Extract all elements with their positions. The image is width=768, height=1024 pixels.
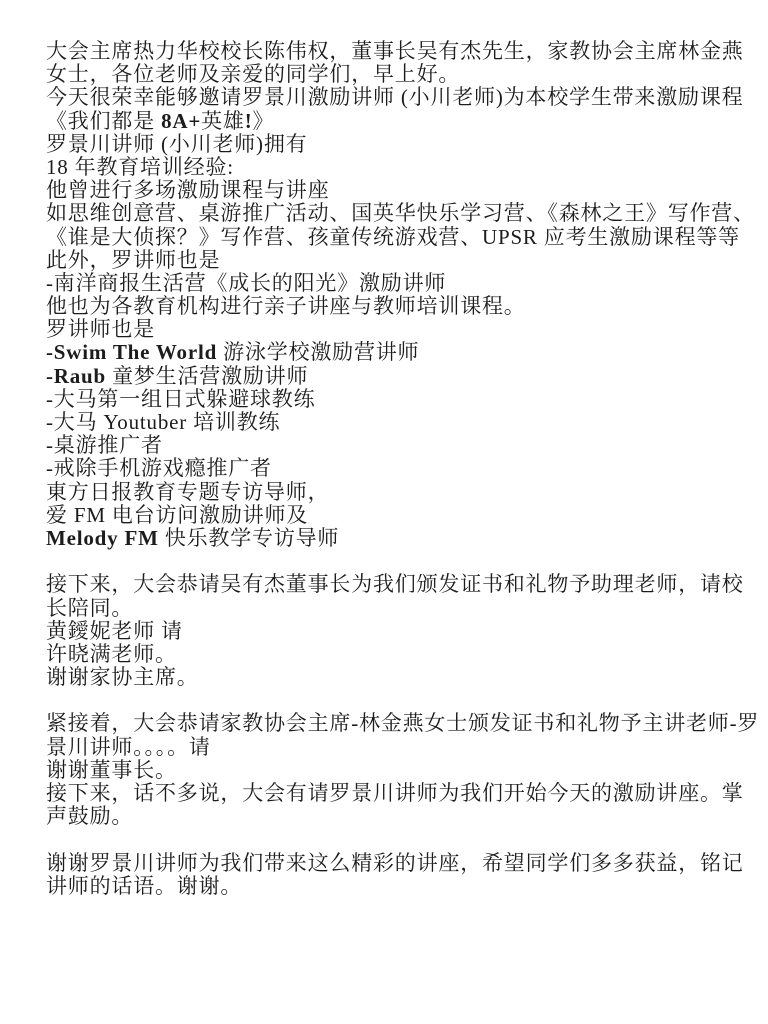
- text-line: -桌游推广者: [46, 434, 732, 457]
- text-line: 他曾进行多场激励课程与讲座: [46, 179, 732, 202]
- text-run: 東方日报教育专题专访导师，: [46, 480, 329, 504]
- text-line: 讲师的话语。谢谢。: [46, 875, 732, 898]
- text-run: 》: [253, 109, 275, 133]
- text-line: -大马第一组日式躲避球教练: [46, 388, 732, 411]
- text-run: -大马 Youtuber 培训教练: [46, 410, 280, 434]
- document-text-block: 大会主席热力华校校长陈伟权，董事长吴有杰先生，家教协会主席林金燕女士，各位老师及…: [46, 40, 732, 898]
- text-run: 黄鑀妮老师 请: [46, 619, 183, 643]
- blank-line: [46, 689, 732, 712]
- text-line: -Raub 童梦生活营激励讲师: [46, 365, 732, 388]
- text-run: -南洋商报生活营《成长的阳光》激励讲师: [46, 271, 446, 295]
- text-run: 谢谢董事长。: [46, 758, 177, 782]
- text-line: 他也为各教育机构进行亲子讲座与教师培训课程。: [46, 295, 732, 318]
- text-line: 此外，罗讲师也是: [46, 249, 732, 272]
- text-run: 《我们都是: [46, 109, 161, 133]
- text-run: -Raub: [46, 364, 106, 388]
- text-line: 18 年教育培训经验:: [46, 156, 732, 179]
- text-line: 今天很荣幸能够邀请罗景川激励讲师 (小川老师)为本校学生带来激励课程: [46, 86, 732, 109]
- text-line: 谢谢罗景川讲师为我们带来这么精彩的讲座，希望同学们多多获益，铭记: [46, 852, 732, 875]
- text-line: 爱 FM 电台访问激励讲师及: [46, 504, 732, 527]
- text-run: 爱 FM 电台访问激励讲师及: [46, 503, 308, 527]
- text-line: 接下来，大会恭请吴有杰董事长为我们颁发证书和礼物予助理老师，请校: [46, 573, 732, 596]
- text-run: 《谁是大侦探？》写作营、孩童传统游戏营、UPSR 应考生激励课程等等: [46, 225, 740, 249]
- text-line: 《谁是大侦探？》写作营、孩童传统游戏营、UPSR 应考生激励课程等等: [46, 226, 732, 249]
- text-line: Melody FM 快乐教学专访导师: [46, 527, 732, 550]
- text-run: 接下来，大会恭请吴有杰董事长为我们颁发证书和礼物予助理老师，请校: [46, 572, 744, 596]
- text-line: 大会主席热力华校校长陈伟权，董事长吴有杰先生，家教协会主席林金燕: [46, 40, 732, 63]
- text-line: -南洋商报生活营《成长的阳光》激励讲师: [46, 272, 732, 295]
- text-run: 谢谢家协主席。: [46, 665, 199, 689]
- text-line: 東方日报教育专题专访导师，: [46, 481, 732, 504]
- text-run: 他曾进行多场激励课程与讲座: [46, 178, 329, 202]
- text-run: 谢谢罗景川讲师为我们带来这么精彩的讲座，希望同学们多多获益，铭记: [46, 851, 744, 875]
- text-line: 女士，各位老师及亲爱的同学们，早上好。: [46, 63, 732, 86]
- text-run: 今天很荣幸能够邀请罗景川激励讲师 (小川老师)为本校学生带来激励课程: [46, 85, 743, 109]
- text-run: 童梦生活营激励讲师: [106, 364, 308, 388]
- blank-line: [46, 550, 732, 573]
- text-run: 许晓满老师。: [46, 642, 177, 666]
- text-line: 接下来，话不多说，大会有请罗景川讲师为我们开始今天的激励讲座。掌: [46, 782, 732, 805]
- text-run: 此外，罗讲师也是: [46, 248, 220, 272]
- text-run: -大马第一组日式躲避球教练: [46, 387, 315, 411]
- text-run: 景川讲师。。。。请: [46, 735, 211, 759]
- text-line: 景川讲师。。。。请: [46, 736, 732, 759]
- text-run: 紧接着，大会恭请家教协会主席-林金燕女士颁发证书和礼物予主讲老师-罗: [46, 711, 759, 735]
- text-line: -戒除手机游戏瘾推广者: [46, 457, 732, 480]
- text-run: 讲师的话语。谢谢。: [46, 874, 242, 898]
- text-run: 他也为各教育机构进行亲子讲座与教师培训课程。: [46, 294, 526, 318]
- blank-line: [46, 828, 732, 851]
- text-line: 声鼓励。: [46, 805, 732, 828]
- text-run: 快乐教学专访导师: [159, 526, 339, 550]
- text-line: 罗讲师也是: [46, 318, 732, 341]
- text-line: -大马 Youtuber 培训教练: [46, 411, 732, 434]
- text-run: -戒除手机游戏瘾推广者: [46, 456, 272, 480]
- document-page: 大会主席热力华校校长陈伟权，董事长吴有杰先生，家教协会主席林金燕女士，各位老师及…: [0, 0, 768, 1024]
- text-run: 长陪同。: [46, 596, 133, 620]
- text-run: 18 年教育培训经验:: [46, 155, 234, 179]
- text-run: Melody FM: [46, 526, 159, 550]
- text-line: 紧接着，大会恭请家教协会主席-林金燕女士颁发证书和礼物予主讲老师-罗: [46, 712, 732, 735]
- text-line: 如思维创意营、桌游推广活动、国英华快乐学习营、《森林之王》写作营、: [46, 202, 732, 225]
- text-run: 英雄: [201, 109, 245, 133]
- text-line: 谢谢董事长。: [46, 759, 732, 782]
- text-line: 许晓满老师。: [46, 643, 732, 666]
- text-run: 如思维创意营、桌游推广活动、国英华快乐学习营、《森林之王》写作营、: [46, 201, 755, 225]
- text-line: 罗景川讲师 (小川老师)拥有: [46, 133, 732, 156]
- text-line: -Swim The World 游泳学校激励营讲师: [46, 341, 732, 364]
- text-run: 罗景川讲师 (小川老师)拥有: [46, 132, 307, 156]
- text-line: 《我们都是 8A+英雄!》: [46, 110, 732, 133]
- text-run: !: [245, 109, 253, 133]
- text-run: 8A+: [161, 109, 201, 133]
- text-run: -Swim The World: [46, 340, 217, 364]
- text-run: 声鼓励。: [46, 804, 133, 828]
- text-run: 大会主席热力华校校长陈伟权，董事长吴有杰先生，家教协会主席林金燕: [46, 39, 744, 63]
- text-run: -桌游推广者: [46, 433, 163, 457]
- text-run: 游泳学校激励营讲师: [217, 340, 419, 364]
- text-line: 长陪同。: [46, 597, 732, 620]
- text-run: 女士，各位老师及亲爱的同学们，早上好。: [46, 62, 460, 86]
- text-line: 黄鑀妮老师 请: [46, 620, 732, 643]
- text-line: 谢谢家协主席。: [46, 666, 732, 689]
- text-run: 接下来，话不多说，大会有请罗景川讲师为我们开始今天的激励讲座。掌: [46, 781, 744, 805]
- text-run: 罗讲师也是: [46, 317, 155, 341]
